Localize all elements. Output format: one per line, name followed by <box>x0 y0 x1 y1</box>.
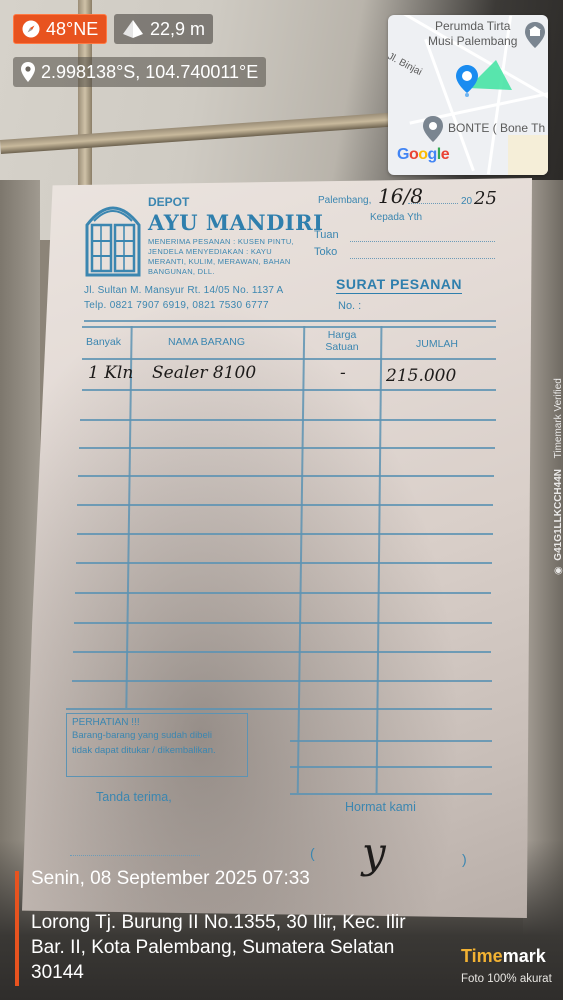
notice-title: PERHATIAN !!! <box>72 717 242 728</box>
map-poi-bottom: BONTE ( Bone Th <box>448 121 545 135</box>
current-location-pin-icon <box>456 65 478 97</box>
map-poi-top-line2: Musi Palembang <box>428 34 517 49</box>
brand-part1: Time <box>461 946 503 966</box>
verification-watermark: ◉ G41G1LLKCCH44N Timemark Verified <box>553 378 563 575</box>
signature: y <box>362 828 386 877</box>
depot-label: DEPOT <box>148 195 189 209</box>
received-dotted-line <box>70 855 200 856</box>
compass-icon <box>22 20 40 38</box>
toko-label: Toko <box>314 246 337 258</box>
header-unit-price: Harga Satuan <box>320 329 364 353</box>
tuan-label: Tuan <box>314 229 339 241</box>
date-dotted-line <box>408 203 458 204</box>
number-label: No. : <box>338 300 361 312</box>
poi-pin-icon <box>423 116 443 142</box>
map-poi-top: Perumda Tirta Musi Palembang <box>428 19 517 49</box>
recipient-label: Kepada Yth <box>370 212 422 223</box>
notice-text-line2: tidak dapat ditukar / dikembalikan. <box>72 743 242 758</box>
timemark-logo: Timemark <box>461 946 546 967</box>
tuan-dotted-line <box>350 241 495 242</box>
received-label: Tanda terima, <box>96 790 172 804</box>
row-unit-price: - <box>340 363 346 383</box>
company-name: AYU MANDIRI <box>148 210 323 235</box>
google-logo: Google <box>397 146 449 164</box>
altitude-value: 22,9 m <box>150 19 205 40</box>
altitude-badge: 22,9 m <box>114 14 213 44</box>
coordinates-badge: 2.998138°S, 104.740011°E <box>13 57 266 87</box>
toko-dotted-line <box>350 258 495 259</box>
company-address: Jl. Sultan M. Mansyur Rt. 14/05 No. 1137… <box>84 285 283 296</box>
compass-heading: 48°NE <box>46 19 98 40</box>
brand-tagline: Foto 100% akurat <box>461 973 552 985</box>
location-pin-icon <box>21 62 35 82</box>
verified-shield-icon: ◉ <box>553 563 563 575</box>
brand-part2: mark <box>503 946 546 966</box>
window-logo-icon <box>84 197 142 277</box>
header-qty: Banyak <box>86 336 121 348</box>
form-title: SURAT PESANAN <box>336 276 462 294</box>
row-total: 215.000 <box>386 366 456 386</box>
row-qty: 1 Kln <box>88 363 133 383</box>
handwritten-year: 25 <box>474 188 497 209</box>
compass-badge: 48°NE <box>13 14 107 44</box>
company-phone: Telp. 0821 7907 6919, 0821 7530 6777 <box>84 300 269 311</box>
header-item-name: NAMA BARANG <box>168 336 245 348</box>
place-label: Palembang, <box>318 195 371 206</box>
map-area <box>508 135 548 175</box>
capture-address: Lorong Tj. Burung II No.1355, 30 Ilir, K… <box>31 910 411 985</box>
coordinates-value: 2.998138°S, 104.740011°E <box>41 62 258 83</box>
map-street-label: Jl. Binjai <box>388 51 424 78</box>
year-prefix: 20 <box>461 196 472 207</box>
mini-map[interactable]: Perumda Tirta Musi Palembang Jl. Binjai … <box>388 15 548 175</box>
header-unit-price-line2: Satuan <box>320 341 364 353</box>
info-accent-bar <box>15 871 19 986</box>
altitude-pyramid-icon <box>122 19 144 39</box>
row-item-name: Sealer 8100 <box>152 363 256 383</box>
notice-text-line1: Barang-barang yang sudah dibeli <box>72 728 242 743</box>
company-description: Menerima pesanan : Kusen pintu, jendela … <box>148 237 298 277</box>
verification-label: Timemark Verified <box>553 378 563 458</box>
capture-datetime: Senin, 08 September 2025 07:33 <box>31 868 310 890</box>
verification-code: G41G1LLKCCH44N <box>553 469 563 561</box>
header-total: JUMLAH <box>416 338 458 350</box>
notice-box: PERHATIAN !!! Barang-barang yang sudah d… <box>66 713 248 777</box>
handwritten-date: 16/8 <box>378 184 423 208</box>
signature-paren-close: ) <box>462 851 467 867</box>
government-building-icon <box>525 22 545 48</box>
map-poi-top-line1: Perumda Tirta <box>428 19 517 34</box>
header-unit-price-line1: Harga <box>320 329 364 341</box>
regards-label: Hormat kami <box>345 800 416 814</box>
signature-paren-open: ( <box>310 845 315 861</box>
